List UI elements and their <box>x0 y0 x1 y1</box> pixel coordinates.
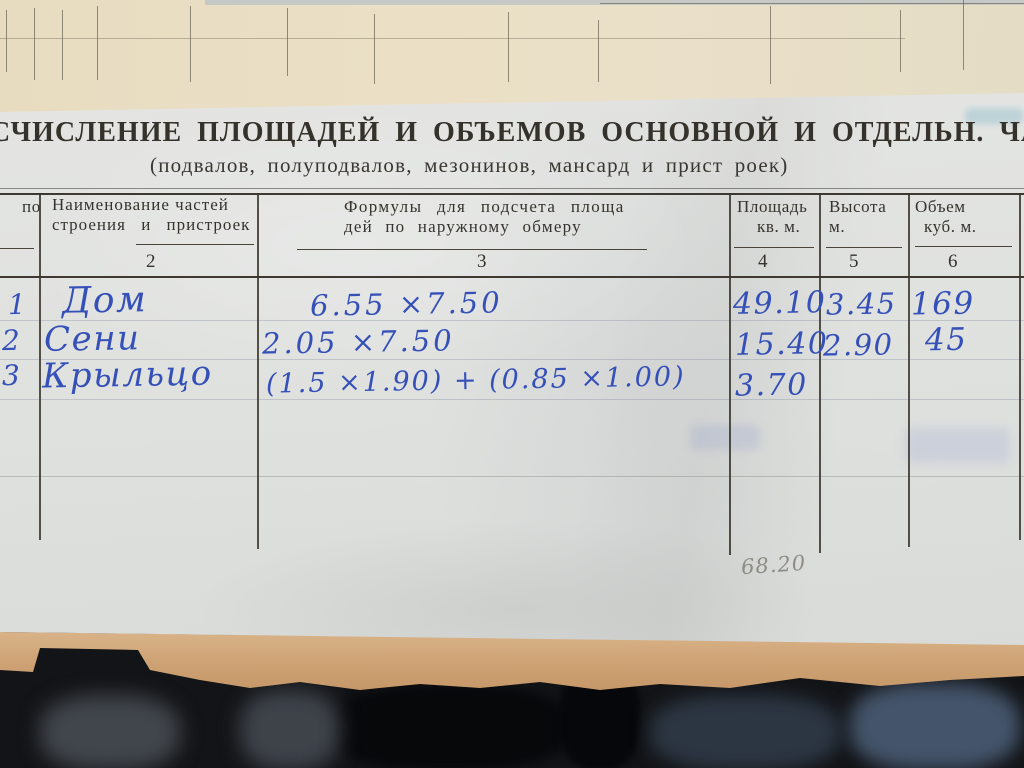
document-subtitle: (подвалов, полуподвалов, мезонинов, манс… <box>150 153 788 178</box>
table-surface-reflection <box>240 690 340 768</box>
col-header-no: по <box>22 197 41 217</box>
ruled-line <box>770 6 771 84</box>
table-surface-reflection <box>330 685 570 768</box>
column-line <box>1019 193 1021 540</box>
row-2-height: 2.90 <box>823 327 894 362</box>
row-rule <box>0 399 1024 400</box>
column-line <box>257 193 259 549</box>
paper-edge-line <box>600 3 1024 4</box>
col-header-height-line1: Высота <box>829 197 886 217</box>
col-number-6: 6 <box>948 251 958 273</box>
header-underline <box>915 246 1012 247</box>
row-1-volume: 169 <box>911 285 975 322</box>
ruled-line <box>508 12 509 82</box>
col-header-area-line2: кв. м. <box>757 217 800 237</box>
row-rule <box>0 476 1024 477</box>
row-2-name: Сени <box>44 318 141 360</box>
row-2-area: 15.40 <box>735 326 829 363</box>
row-3-name: Крыльцо <box>42 354 213 397</box>
col-header-volume-line2: куб. м. <box>924 217 977 237</box>
header-underline <box>826 247 902 248</box>
ruled-line <box>287 8 288 76</box>
col-header-height-line2: м. <box>829 217 845 237</box>
row-3-area: 3.70 <box>735 367 808 403</box>
row-3-number: 3 <box>2 359 22 392</box>
row-1-formula: 6.55 ×7.50 <box>310 285 503 322</box>
row-1-name: Дом <box>62 279 148 321</box>
pencil-total-note: 68.20 <box>740 551 807 579</box>
col-number-2: 2 <box>146 251 156 273</box>
ruled-line <box>97 6 98 80</box>
row-1-height: 3.45 <box>826 286 897 321</box>
table-border-line <box>0 188 1024 189</box>
col-header-formula-line1: Формулы для подсчета площа <box>344 197 625 217</box>
header-underline <box>136 244 254 245</box>
ruled-line <box>0 38 905 39</box>
ruled-line <box>374 14 375 84</box>
col-number-4: 4 <box>758 251 768 273</box>
row-2-number: 2 <box>2 324 22 357</box>
row-2-volume: 45 <box>925 322 968 359</box>
ruled-line <box>34 8 35 80</box>
header-underline <box>734 247 814 248</box>
table-border-line <box>0 276 1024 278</box>
table-surface-reflection <box>850 683 1020 768</box>
header-underline <box>297 249 647 250</box>
column-line <box>819 193 821 553</box>
row-2-formula: 2.05 ×7.50 <box>262 323 455 360</box>
photo-of-document: { "colors": { "ink": "#3550b8", "pencil"… <box>0 0 1024 768</box>
col-header-area-line1: Площадь <box>737 197 808 217</box>
col-number-5: 5 <box>849 251 859 273</box>
ruled-line <box>6 10 7 72</box>
column-line <box>729 193 731 555</box>
column-line <box>908 193 910 547</box>
ruled-line <box>963 0 964 70</box>
ruled-line <box>62 10 63 80</box>
column-line <box>39 193 41 540</box>
row-1-area: 49.10 <box>733 285 827 322</box>
col-header-volume-line1: Объем <box>915 197 966 217</box>
ruled-line <box>900 10 901 72</box>
col-header-formula-line2: дей по наружному обмеру <box>344 217 582 237</box>
col-header-name-line2: строения и пристроек <box>52 215 250 235</box>
col-header-name-line1: Наименование частей <box>52 195 229 215</box>
ruled-line <box>598 20 599 82</box>
ruled-line <box>190 6 191 82</box>
table-surface-reflection <box>650 695 840 768</box>
table-surface-reflection <box>40 695 180 768</box>
col-number-3: 3 <box>477 251 487 273</box>
document-title: СЧИСЛЕНИЕ ПЛОЩАДЕЙ И ОБЪЕМОВ ОСНОВНОЙ И … <box>0 117 1024 149</box>
header-underline <box>0 248 34 249</box>
row-1-number: 1 <box>8 288 28 321</box>
